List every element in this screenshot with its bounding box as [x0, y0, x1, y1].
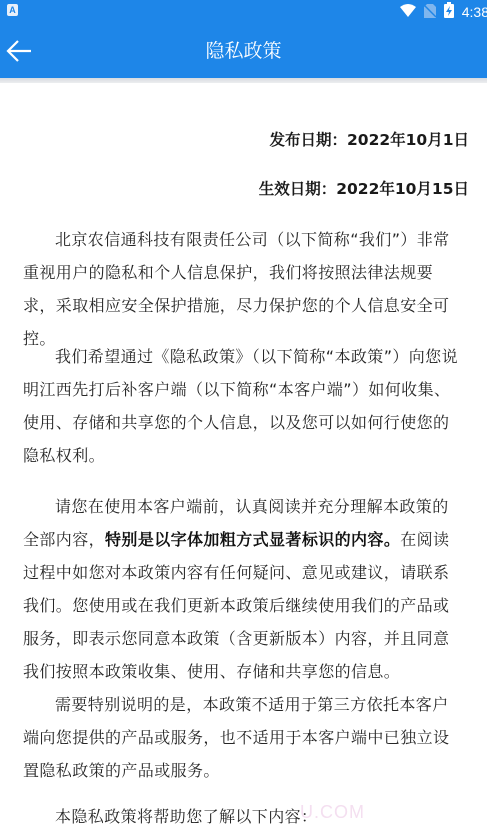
arrow-left-icon — [6, 40, 32, 62]
no-sim-icon — [424, 3, 436, 22]
notice-text-continued: 在阅读过程中如您对本政策内容有任何疑问、意见或建议，请联系我们。您使用或在我们更… — [23, 530, 449, 681]
publish-date: 发布日期：2022年10月1日 — [270, 128, 470, 150]
notice-bold-text: 特别是以字体加粗方式显著标识的内容。 — [105, 530, 400, 549]
notification-a-icon: A — [7, 4, 18, 16]
wifi-icon — [400, 3, 416, 22]
paragraph-notice: 请您在使用本客户端前，认真阅读并充分理解本政策的全部内容，特别是以字体加粗方式显… — [23, 490, 463, 688]
back-button[interactable] — [4, 36, 34, 66]
page-title: 隐私政策 — [0, 24, 487, 78]
watermark: U.COM — [300, 802, 365, 823]
clock: 4:38 — [462, 4, 487, 20]
app-bar: 隐私政策 — [0, 24, 487, 78]
app-bar-shadow — [0, 78, 487, 83]
status-bar: A 4:38 — [0, 0, 487, 24]
paragraph-scope: 需要特别说明的是，本政策不适用于第三方依托本客户端向您提供的产品或服务，也不适用… — [23, 688, 463, 787]
status-icons: 4:38 — [400, 0, 487, 24]
paragraph-purpose: 我们希望通过《隐私政策》（以下简称“本政策”）向您说明江西先打后补客户端（以下简… — [23, 340, 463, 472]
battery-charging-icon — [444, 2, 454, 22]
paragraph-intro: 北京农信通科技有限责任公司（以下简称“我们”）非常重视用户的隐私和个人信息保护，… — [23, 223, 463, 355]
effective-date: 生效日期：2022年10月15日 — [259, 177, 469, 199]
paragraph-contents-intro: 本隐私政策将帮助您了解以下内容： — [23, 800, 463, 833]
